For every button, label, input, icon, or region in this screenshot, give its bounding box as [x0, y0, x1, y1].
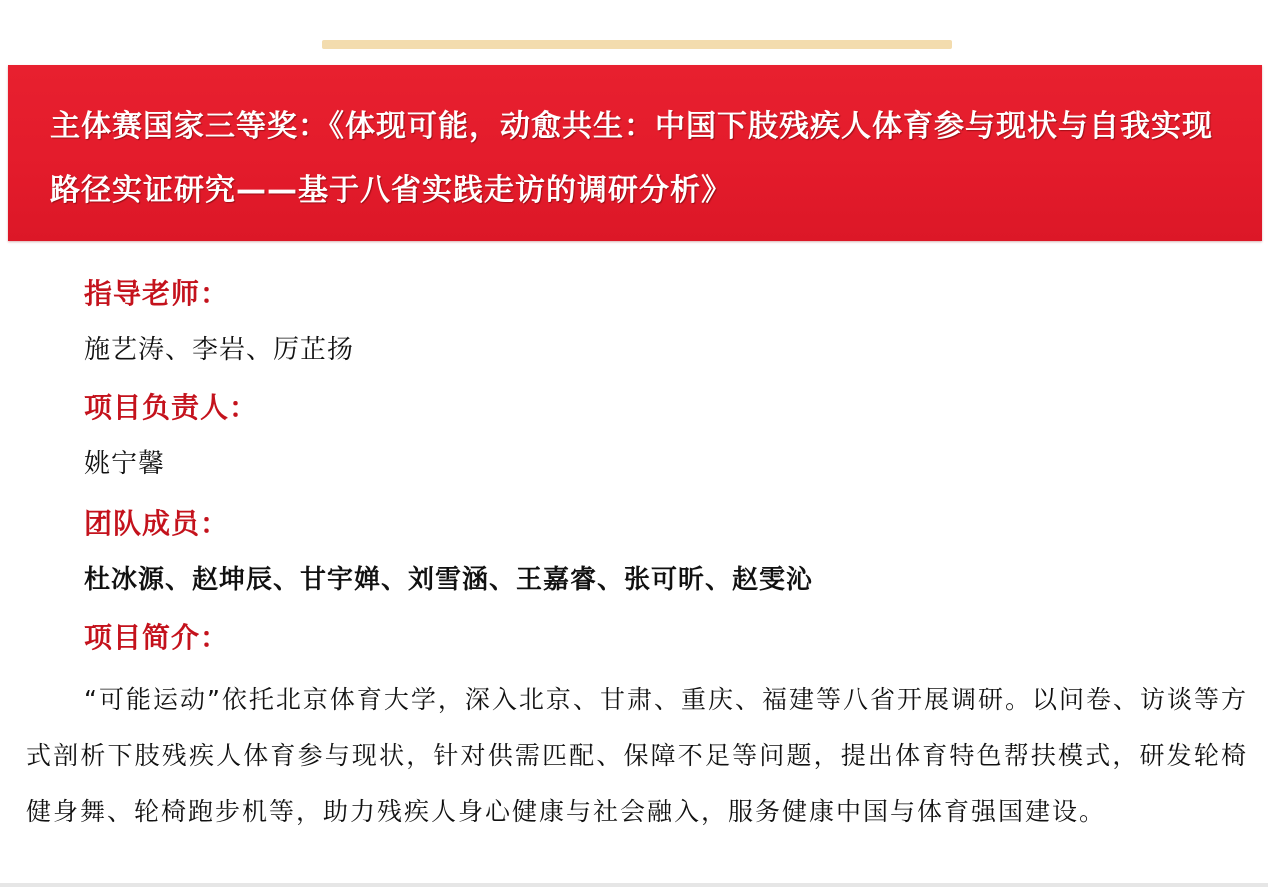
award-banner: 主体赛国家三等奖：《体现可能，动愈共生：中国下肢残疾人体育参与现状与自我实现路径… [8, 65, 1262, 241]
decorative-top-bar [322, 40, 952, 49]
members-names: 杜冰源、赵坤辰、甘宇婵、刘雪涵、王嘉睿、张可昕、赵雯沁 [84, 562, 813, 598]
advisors-names: 施艺涛、李岩、厉芷扬 [84, 332, 354, 368]
leader-heading: 项目负责人： [84, 390, 258, 426]
award-title: 主体赛国家三等奖：《体现可能，动愈共生：中国下肢残疾人体育参与现状与自我实现路径… [50, 95, 1240, 223]
intro-paragraph: “可能运动”依托北京体育大学，深入北京、甘肃、重庆、福建等八省开展调研。以问卷、… [26, 672, 1248, 840]
advisors-heading: 指导老师： [84, 276, 229, 312]
members-heading: 团队成员： [84, 506, 229, 542]
leader-name: 姚宁馨 [84, 446, 165, 482]
bottom-divider [0, 883, 1268, 887]
intro-heading: 项目简介： [84, 620, 229, 656]
